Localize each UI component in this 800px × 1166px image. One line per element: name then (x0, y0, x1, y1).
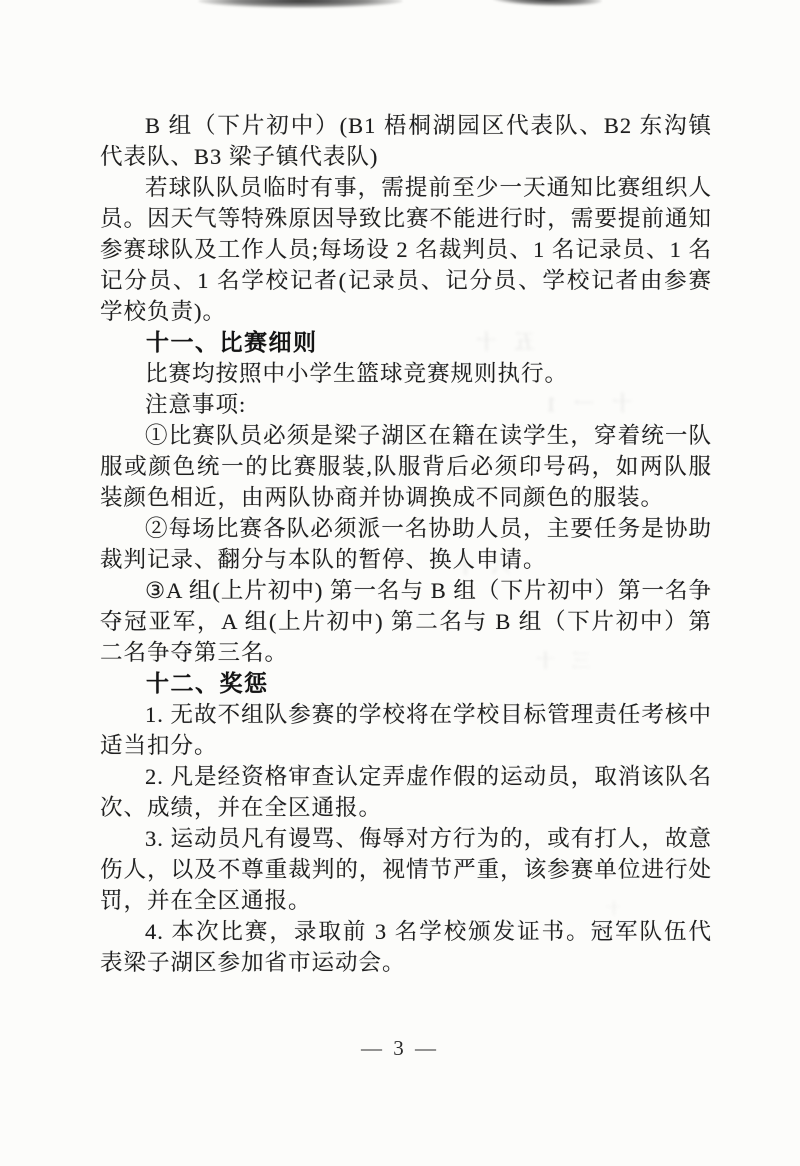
paragraph-note-2-assistant: ②每场比赛各队必须派一名协助人员，主要任务是协助裁判记录、翻分与本队的暂停、换人… (100, 513, 712, 575)
section-heading-11-competition-rules: 十一、比赛细则 (100, 327, 712, 358)
paragraph-penalty-1: 1. 无故不组队参赛的学校将在学校目标管理责任考核中适当扣分。 (100, 699, 712, 761)
scan-smudge-top-left (198, 0, 403, 8)
section-heading-12-rewards-penalties: 十二、奖惩 (100, 668, 712, 699)
paragraph-note-3-finals: ③A 组(上片初中) 第一名与 B 组（下片初中）第一名争夺冠亚军，A 组(上片… (100, 575, 712, 668)
document-body: B 组（下片初中）(B1 梧桐湖园区代表队、B2 东沟镇代表队、B3 梁子镇代表… (100, 110, 712, 978)
paragraph-group-b-teams: B 组（下片初中）(B1 梧桐湖园区代表队、B2 东沟镇代表队、B3 梁子镇代表… (100, 110, 712, 172)
scanned-document-page: 五 十 十 一 1 六 十 三 十 十 B 组（下片初中）(B1 梧桐湖园区代表… (0, 0, 800, 1166)
page-number: — 3 — (0, 1036, 800, 1061)
paragraph-penalty-3: 3. 运动员凡有谩骂、侮辱对方行为的，或有打人，故意伤人，以及不尊重裁判的，视情… (100, 823, 712, 916)
paragraph-note-1-uniforms: ①比赛队员必须是梁子湖区在籍在读学生，穿着统一队服或颜色统一的比赛服装,队服背后… (100, 420, 712, 513)
paragraph-penalty-4: 4. 本次比赛，录取前 3 名学校颁发证书。冠军队伍代表梁子湖区参加省市运动会。 (100, 916, 712, 978)
paragraph-penalty-2: 2. 凡是经资格审查认定弄虚作假的运动员，取消该队名次、成绩，并在全区通报。 (100, 761, 712, 823)
paragraph-rules-basis: 比赛均按照中小学生篮球竞赛规则执行。 (100, 358, 712, 389)
paragraph-notes-label: 注意事项: (100, 389, 712, 420)
scan-smudge-top-right (492, 0, 602, 7)
paragraph-notification-officials: 若球队队员临时有事，需提前至少一天通知比赛组织人员。因天气等特殊原因导致比赛不能… (100, 172, 712, 327)
